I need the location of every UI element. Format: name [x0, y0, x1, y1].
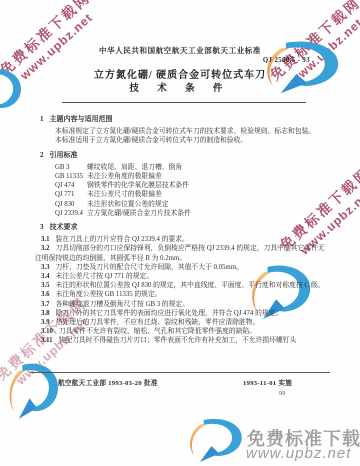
footer-rule: [30, 372, 330, 373]
clause: 3.5未注的形状和位置公差按 QJ 830 的规定，其中直线度、平面度、平行度和…: [35, 281, 329, 290]
up-logo-icon: [182, 416, 246, 466]
reference-item: QJ 830未注形状和位置公差的规定: [35, 200, 329, 209]
doc-subtitle: 技 术 条 件: [0, 80, 360, 94]
reference-item: QJ 474钢铁零件的化学氧化膜层技术条件: [35, 181, 329, 190]
up-logo-icon: [2, 360, 62, 424]
clause: 3.2刀具切削部分的刃口应保持锋利，负倒棱应严格按 QJ 2339.4 的规定，…: [35, 244, 329, 262]
watermark-url-bottom: www.upbz.net: [246, 445, 351, 462]
org-title: 中华人民共和国航空航天工业部航天工业标准: [0, 45, 360, 56]
clause: 3.8除刀片外的其它刀具零件的表面均应进行氧化处理，并符合 QJ 474 的规定…: [35, 309, 329, 318]
paragraph: 本标准规定了立方氮化硼/硬质合金可转位式车刀的技术要求、检验规则、标志和包装。: [35, 127, 329, 136]
clause: 3.3刀杆、刀垫及刀片的配合尺寸允许间隙，其值不大于 0.05mm。: [35, 263, 329, 272]
page-number: 99: [279, 390, 286, 397]
document-body: 1主题内容与适用范围 本标准规定了立方氮化硼/硬质合金可转位式车刀的技术要求、检…: [35, 110, 329, 346]
clause: 3.6未注角度公差按 GB 11335 的规定。: [35, 290, 329, 299]
document-page: 免费标准下载网 www.upbz.net 免费标准下载网 www.upbz.ne…: [0, 0, 360, 466]
header-rule: [62, 102, 306, 103]
footer-approval: 航空航天工业部 1993-03-20 批准: [58, 377, 158, 387]
clause: 3.9热处理后的刀具零件，不应有过烧、裂纹和残缺，零件应清除脏物。: [35, 318, 329, 327]
doc-title: 立方氮化硼/ 硬质合金可转位式车刀: [0, 66, 360, 81]
clause: 3.4未注公差尺寸按 QJ 771 的规定。: [35, 272, 329, 281]
clause: 3.11装配刀具时不得碰伤刀片刃口；零件表面不允许有补充加工，不允许损坏螺钉头: [35, 336, 329, 345]
reference-item: GB 11335未注公差角度的极限偏差: [35, 172, 329, 181]
reference-item: GB 3螺纹收尾、肩距、退刀槽、倒角: [35, 163, 329, 172]
standard-number: QJ 2508.5 - 93: [263, 57, 310, 64]
section-2-heading: 2引用标准: [40, 151, 329, 160]
clause: 3.10刀具零件不允许有裂纹、缩松、气孔和其它降低零件强度的缺陷。: [35, 327, 329, 336]
paragraph: 本标准适用于立方氮化硼/硬质合金可转位式车刀的制造和验收。: [35, 136, 329, 145]
reference-item: QJ 771未注公差尺寸的极限偏差: [35, 190, 329, 199]
reference-item: QJ 2339.4立方氮化硼/硬质合金刀片技术条件: [35, 209, 329, 218]
footer-implementation: 1993-11-01 实施: [243, 377, 292, 387]
clause: 3.7各种螺纹退刀槽及倒角尺寸按 GB 3 的规定。: [35, 300, 329, 309]
section-3-heading: 3技术要求: [40, 223, 329, 232]
section-1-heading: 1主题内容与适用范围: [40, 115, 329, 124]
clause: 3.1装在刀具上的刀片应符合 QJ 2339.4 的要求。: [35, 235, 329, 244]
